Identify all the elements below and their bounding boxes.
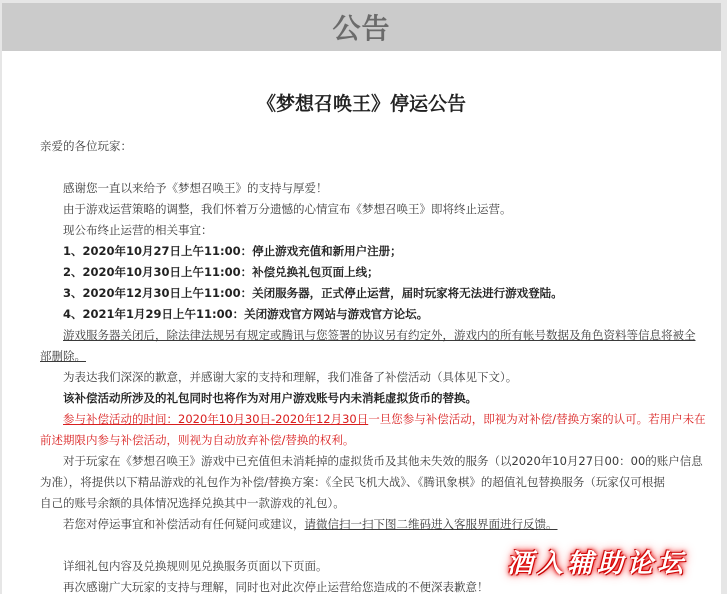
compensation-details-3: 自己的账号余额的具体情况选择兑换其中一款游戏的礼包）。 — [40, 493, 686, 514]
header-band: 公告 — [2, 3, 721, 51]
forum-watermark: 酒入辅助论坛 — [507, 543, 687, 580]
header-title: 公告 — [332, 7, 390, 47]
spacer — [40, 157, 686, 178]
notice-body: 亲爱的各位玩家： 感谢您一直以来给予《梦想召唤王》的支持与厚爱！ 由于游戏运营策… — [40, 136, 686, 594]
data-deletion-notice: 游戏服务器关闭后，除法律法规另有规定或腾讯与您签署的协议另有约定外，游戏内的所有… — [40, 325, 686, 346]
schedule-item-2: 2、2020年10月30日上午11:00：补偿兑换礼包页面上线； — [40, 262, 686, 283]
page-frame: 公告 《梦想召唤王》停运公告 亲爱的各位玩家： 感谢您一直以来给予《梦想召唤王》… — [2, 3, 721, 594]
paragraph-thanks: 感谢您一直以来给予《梦想召唤王》的支持与厚爱！ — [40, 178, 686, 199]
activity-period: 参与补偿活动的时间：2020年10月30日-2020年12月30日一旦您参与补偿… — [40, 409, 686, 430]
activity-period-cont: 前述期限内参与补偿活动，则视为自动放弃补偿/替换的权利。 — [40, 430, 686, 451]
greeting: 亲爱的各位玩家： — [40, 136, 686, 157]
schedule-item-1: 1、2020年10月27日上午11:00：停止游戏充值和新用户注册； — [40, 241, 686, 262]
notice-title: 《梦想召唤王》停运公告 — [2, 89, 721, 116]
schedule-item-3: 3、2020年12月30日上午11:00：关闭服务器，正式停止运营，届时玩家将无… — [40, 283, 686, 304]
compensation-details-1: 对于玩家在《梦想召唤王》游戏中已充值但未消耗掉的虚拟货币及其他未失效的服务（以2… — [40, 451, 686, 472]
compensation-details-2: 为准），将提供以下精品游戏的礼包作为补偿/替换方案：《全民飞机大战》、《腾讯象棋… — [40, 472, 686, 493]
data-deletion-notice-cont: 部删除。 — [40, 346, 686, 367]
compensation-note: 该补偿活动所涉及的礼包同时也将作为对用户游戏账号内未消耗虚拟货币的替换。 — [40, 388, 686, 409]
feedback-link[interactable]: 请微信扫一扫下图二维码进入客服界面进行反馈。 — [305, 517, 558, 531]
schedule-item-4: 4、2021年1月29日上午11:00：关闭游戏官方网站与游戏官方论坛。 — [40, 304, 686, 325]
activity-period-dates: 参与补偿活动的时间：2020年10月30日-2020年12月30日 — [63, 412, 368, 426]
feedback-text: 若您对停运事宜和补偿活动有任何疑问或建议， — [63, 517, 305, 531]
feedback-paragraph: 若您对停运事宜和补偿活动有任何疑问或建议，请微信扫一扫下图二维码进入客服界面进行… — [40, 514, 686, 535]
paragraph-intro: 现公布终止运营的相关事宜： — [40, 220, 686, 241]
activity-period-terms: 一旦您参与补偿活动，即视为对补偿/替换方案的认可。若用户未在 — [368, 412, 705, 426]
apology-paragraph: 为表达我们深深的歉意，并感谢大家的支持和理解，我们准备了补偿活动（具体见下文）。 — [40, 367, 686, 388]
paragraph-announce: 由于游戏运营策略的调整，我们怀着万分遗憾的心情宣布《梦想召唤王》即将终止运营。 — [40, 199, 686, 220]
